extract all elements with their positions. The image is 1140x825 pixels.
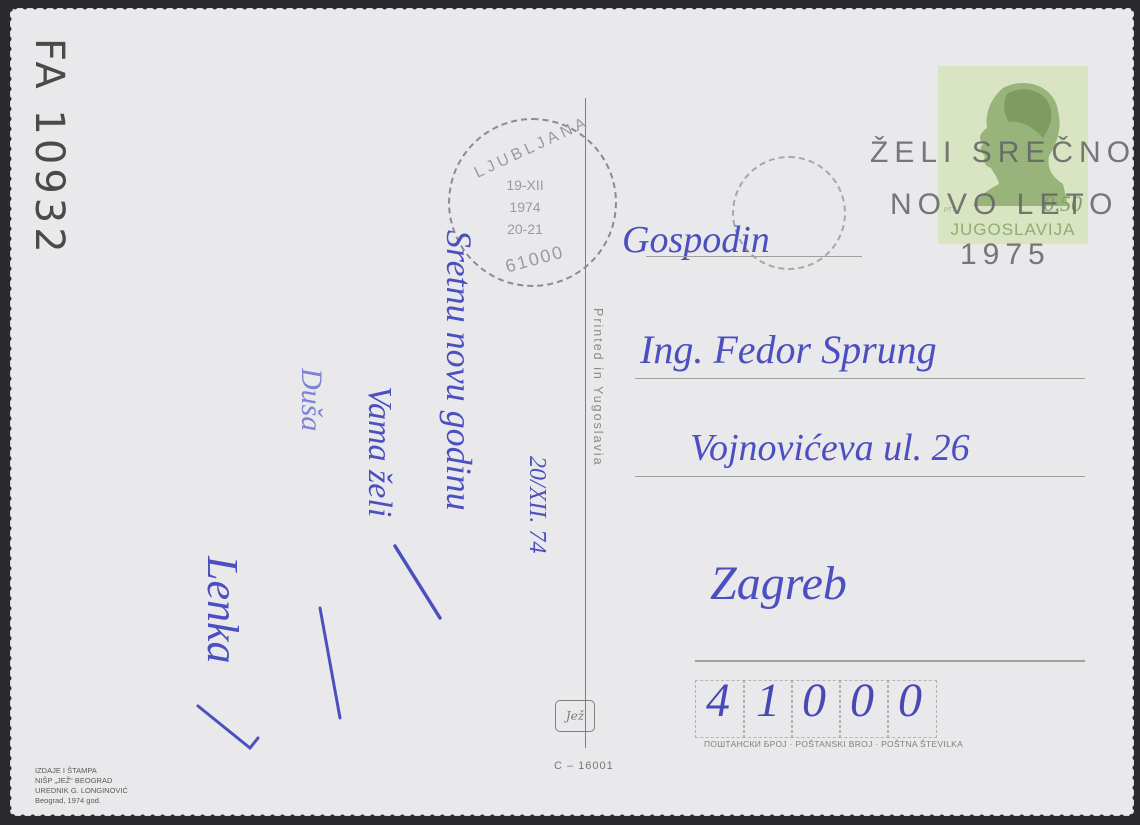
archive-id-label: FA 10932 <box>26 38 72 257</box>
message-greeting-2: Vama želi <box>360 386 398 517</box>
postmark-time: 20-21 <box>495 222 555 237</box>
postal-code-digit: 4 <box>706 673 730 728</box>
address-line-3 <box>635 476 1085 477</box>
slogan-cancel-line1: ŽELI SREČNO <box>870 138 1136 168</box>
postmark-postcode: 61000 <box>494 240 576 280</box>
address-line-1 <box>646 256 862 257</box>
flourish-stroke-icon <box>390 538 450 628</box>
postal-code-digit: 0 <box>802 673 826 728</box>
message-date: 20/XII. 74 <box>523 456 550 553</box>
postal-code-digit: 0 <box>850 673 874 728</box>
message-greeting-1: Sretnu novu godinu <box>438 230 480 511</box>
postmark-city: LJUBLJANA <box>472 115 588 182</box>
publisher-line: IZDAJE I ŠTAMPA <box>35 766 128 776</box>
stamp-country: JUGOSLAVIJA <box>938 220 1088 240</box>
publisher-line: NIŠP „JEŽ“ BEOGRAD <box>35 776 128 786</box>
publisher-line: Beograd, 1974 god. <box>35 796 128 806</box>
postcard-back: FA 10932 Printed in Yugoslavia LJUBLJANA… <box>10 8 1134 816</box>
slogan-cancel-line3: 1975 <box>960 240 1051 270</box>
message-signature-1: Duša <box>294 368 328 431</box>
postal-code-label: ПОШТАНСКИ БРОЈ · POŠTANSKI BROJ · POŠTNA… <box>704 739 963 749</box>
postal-code-digit: 1 <box>756 673 780 728</box>
publisher-line: UREDNIK G. LONGINOVIĆ <box>35 786 128 796</box>
publisher-logo: Jež <box>555 700 595 732</box>
signature-stroke-icon <box>190 548 370 768</box>
postal-code-digit: 0 <box>898 673 922 728</box>
address-line-2 <box>635 378 1085 379</box>
address-street: Vojnovićeva ul. 26 <box>690 426 970 470</box>
slogan-cancel-line2: NOVO LETO <box>890 190 1119 220</box>
postmark-year: 1974 <box>495 200 555 215</box>
address-city: Zagreb <box>710 556 847 611</box>
publisher-info: IZDAJE I ŠTAMPA NIŠP „JEŽ“ BEOGRAD UREDN… <box>35 766 128 806</box>
catalog-number: C – 16001 <box>554 760 614 772</box>
address-line-4 <box>695 660 1085 662</box>
address-name: Ing. Fedor Sprung <box>640 326 937 373</box>
printed-in-label: Printed in Yugoslavia <box>591 308 605 467</box>
postmark-date: 19-XII <box>495 178 555 193</box>
